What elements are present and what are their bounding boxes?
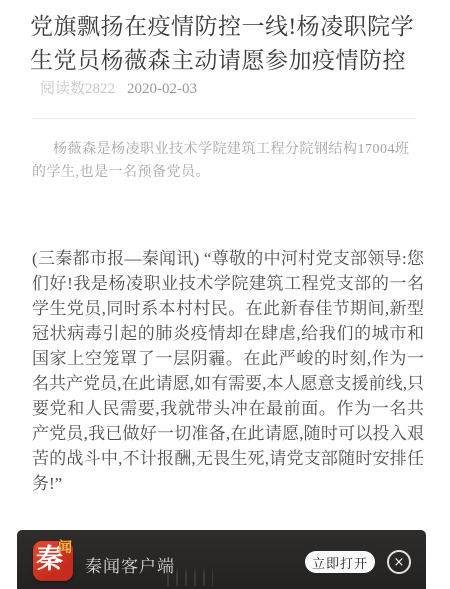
article-body: (三秦都市报—秦闻讯) “尊敬的中河村党支部领导:您们好!我是杨凌职业技术学院建… <box>32 246 424 496</box>
app-icon-wen-glyph: 闻 <box>58 542 72 556</box>
article-page: 党旗飘扬在疫情防控一线!杨凌职院学生党员杨薇森主动请愿参加疫情防控 阅读数282… <box>0 0 450 589</box>
qinwen-app-icon: 秦 闻 <box>33 541 73 581</box>
read-count: 阅读数2822 <box>40 82 115 97</box>
close-icon: × <box>394 556 405 569</box>
article-meta: 阅读数2822 2020-02-03 <box>40 82 197 97</box>
article-title: 党旗飘扬在疫情防控一线!杨凌职院学生党员杨薇森主动请愿参加疫情防控 <box>30 10 431 78</box>
close-banner-button[interactable]: × <box>387 550 411 574</box>
app-name-label: 秦闻客户端 <box>85 552 175 577</box>
publish-date: 2020-02-03 <box>127 82 197 97</box>
app-promo-banner[interactable]: 秦 闻 秦闻客户端 立即打开 × <box>17 530 426 589</box>
open-app-button[interactable]: 立即打开 <box>305 551 375 573</box>
article-summary: 杨薇森是杨凌职业技术学院建筑工程分院钢结构17004班的学生,也是一名预备党员。 <box>32 138 422 184</box>
divider <box>32 118 416 119</box>
